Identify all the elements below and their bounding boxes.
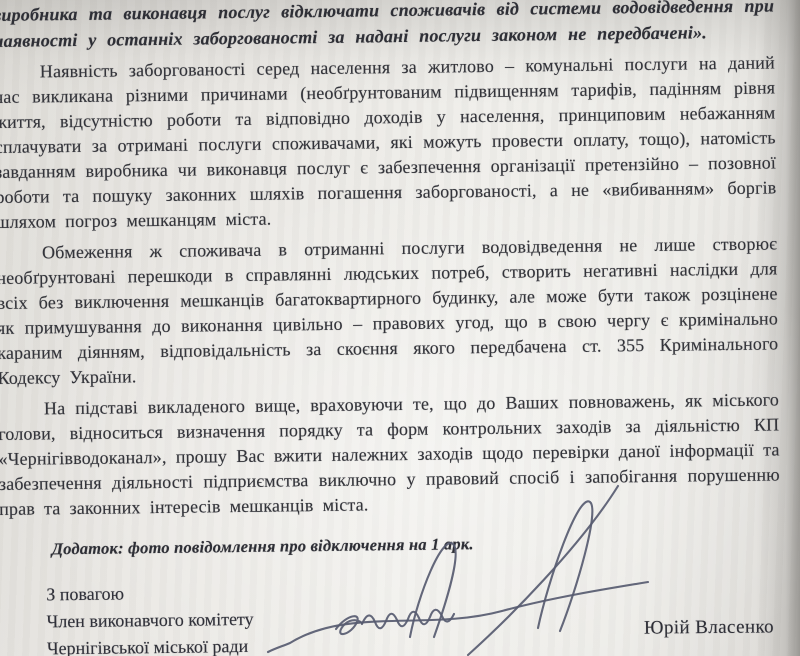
paragraph-consumer-restriction: Обмеження ж споживача в отриманні послуг… [0,231,779,391]
paragraph-debt-causes: Наявність заборгованості серед населення… [0,50,777,235]
letter-text-block: виробника та виконавця послуг відключати… [0,0,798,656]
paragraph-request-to-mayor: На підставі викладеного вище, враховуючи… [0,387,780,522]
quoted-law-fragment: виробника та виконавця послуг відключати… [0,0,775,54]
closing-block: З повагою Член виконавчого комітету Черн… [46,572,782,656]
attachment-note: Додаток: фото повідомлення про відключен… [52,530,781,559]
signer-name: Юрій Власенко [644,616,774,639]
document-photo: виробника та виконавця послуг відключати… [0,0,800,656]
